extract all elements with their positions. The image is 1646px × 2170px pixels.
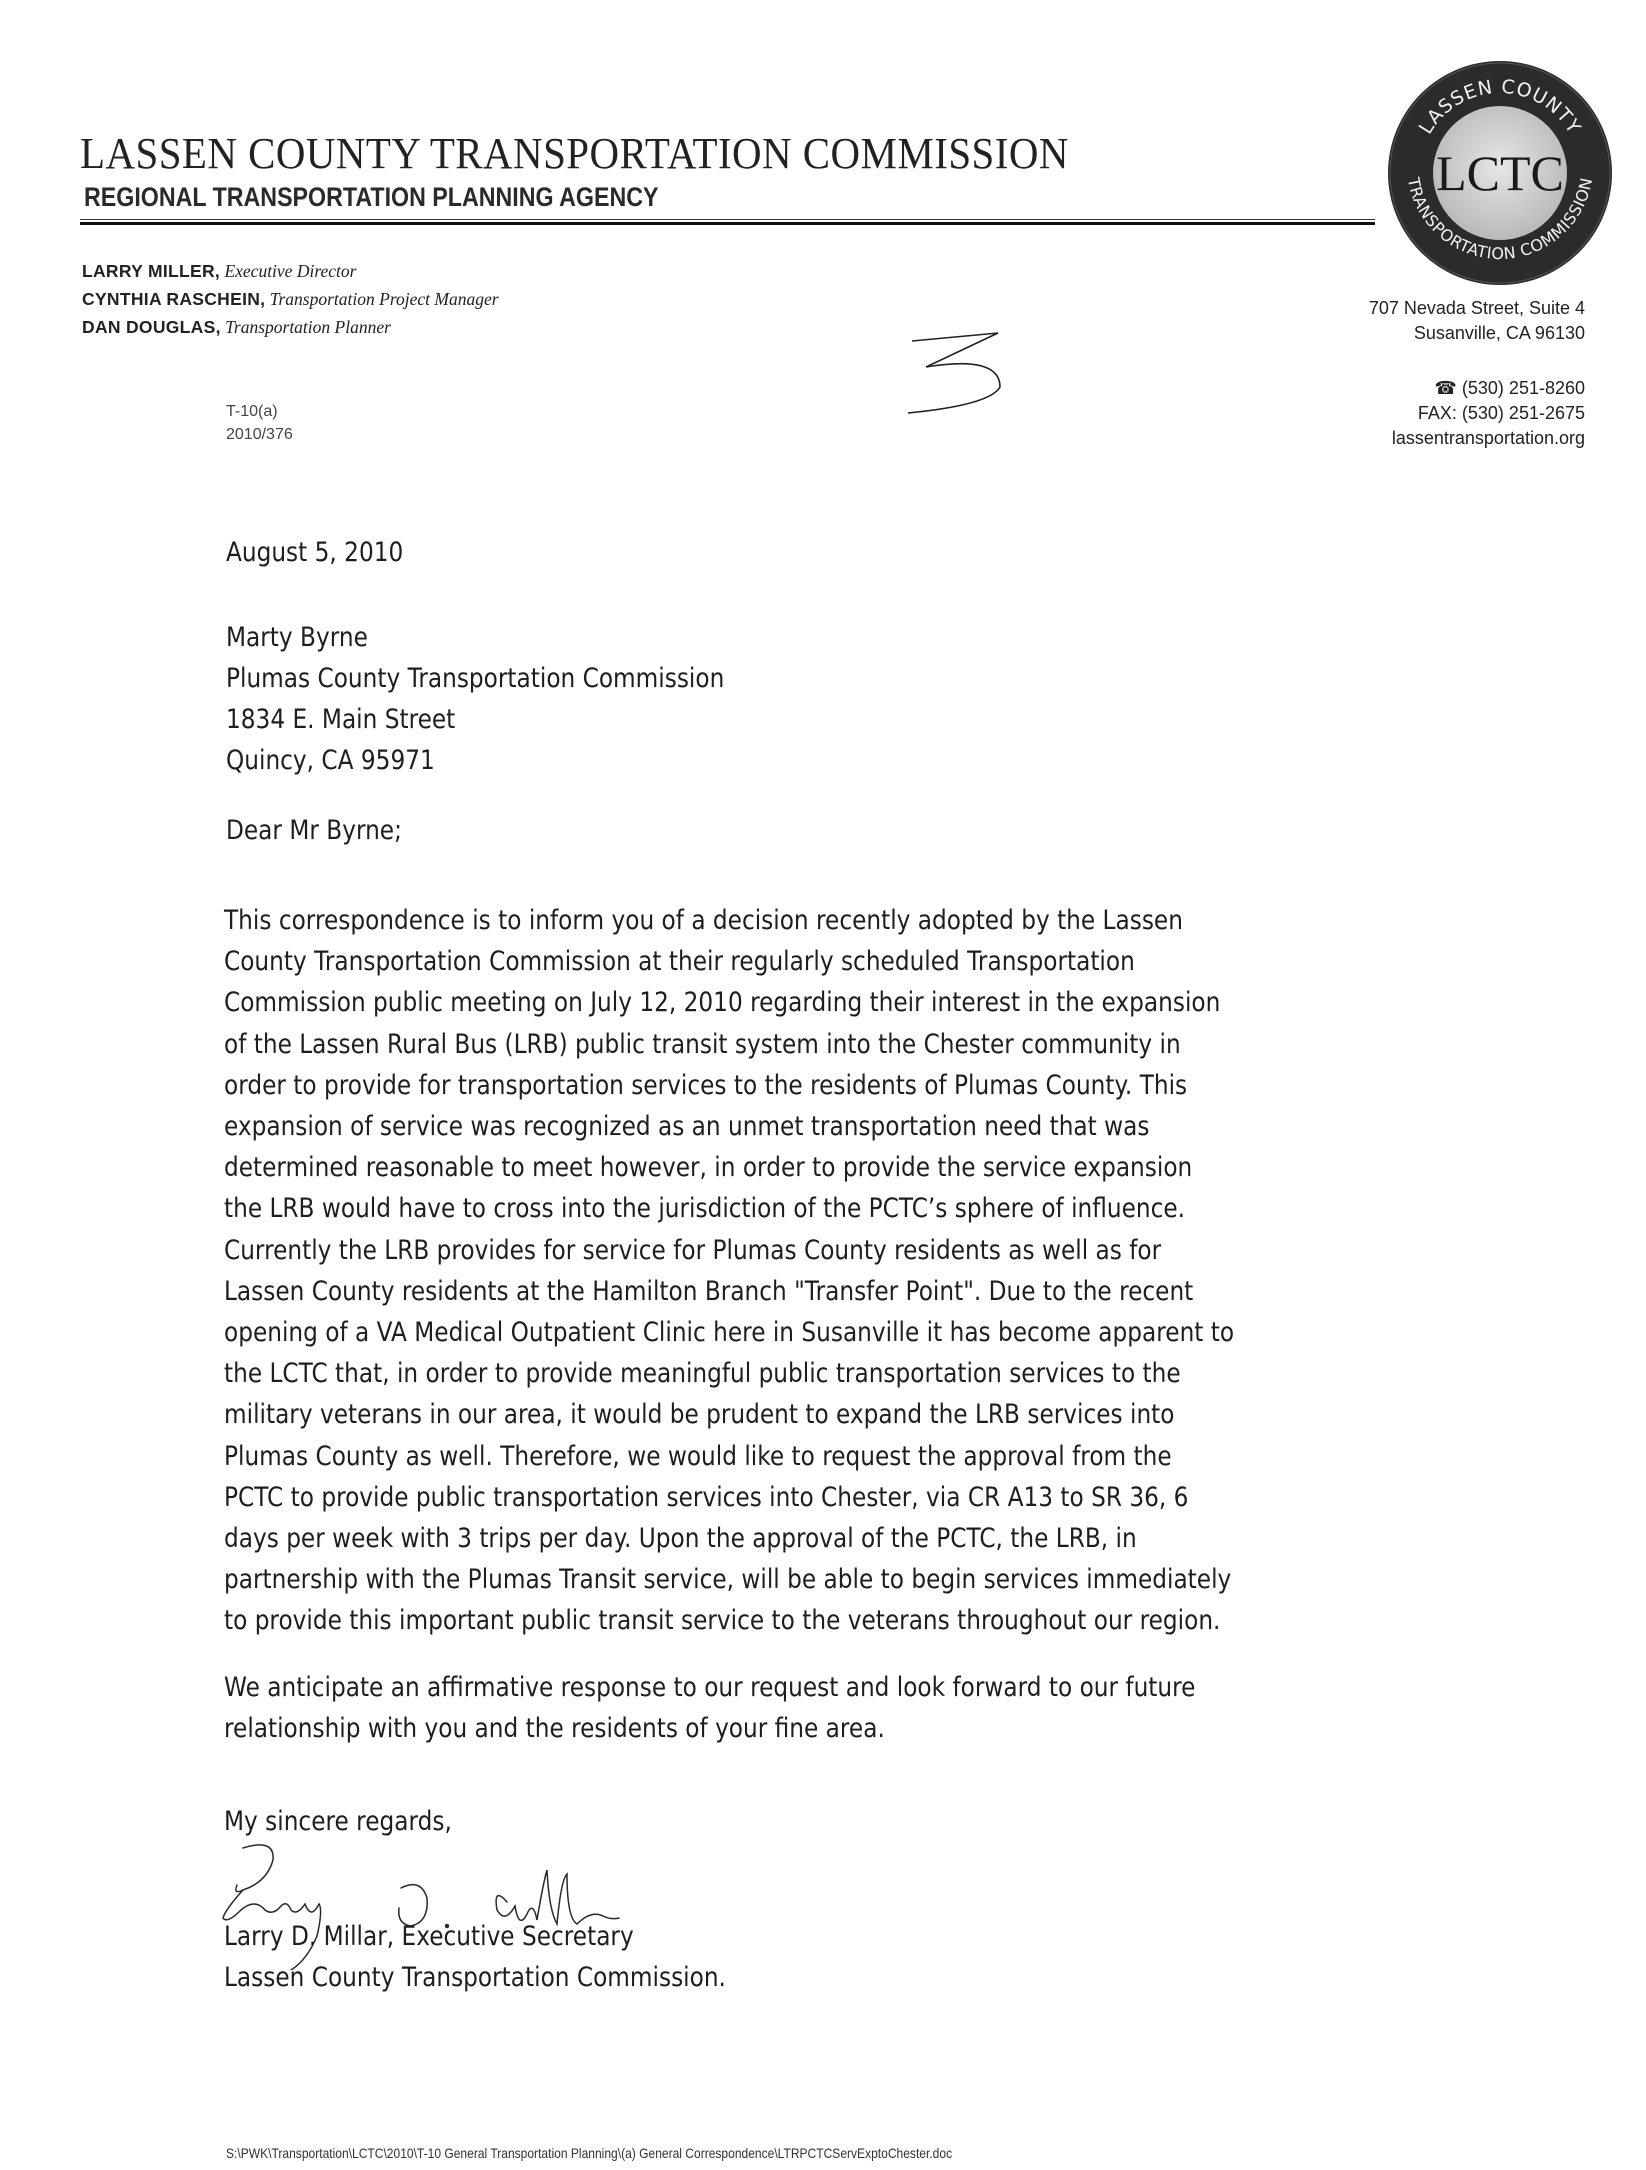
recipient-name: Marty Byrne bbox=[226, 617, 724, 658]
staff-list: LARRY MILLER, Executive Director CYNTHIA… bbox=[82, 257, 499, 341]
staff-role: Transportation Planner bbox=[225, 317, 391, 337]
logo-monogram: LCTC bbox=[1436, 145, 1564, 201]
greeting: Dear Mr Byrne; bbox=[226, 815, 402, 846]
staff-name: DAN DOUGLAS, bbox=[82, 317, 221, 337]
staff-role: Executive Director bbox=[224, 261, 356, 281]
closing-line: relationship with you and the residents … bbox=[224, 1708, 1195, 1749]
header-rule-thick bbox=[80, 222, 1375, 225]
body-line: the LCTC that, in order to provide meani… bbox=[224, 1353, 1471, 1394]
body-line: PCTC to provide public transportation se… bbox=[224, 1477, 1471, 1518]
file-ref-code: T-10(a) bbox=[226, 400, 293, 423]
body-line: Commission public meeting on July 12, 20… bbox=[224, 982, 1471, 1023]
website-link[interactable]: lassentransportation.org bbox=[1369, 426, 1585, 451]
header-rule-thin bbox=[80, 219, 1375, 220]
body-line: to provide this important public transit… bbox=[224, 1600, 1471, 1641]
recipient-block: Marty Byrne Plumas County Transportation… bbox=[226, 617, 724, 781]
signer-name-title: Larry D. Millar, Executive Secretary bbox=[224, 1916, 726, 1957]
phone-number: (530) 251-8260 bbox=[1462, 378, 1585, 398]
body-line: of the Lassen Rural Bus (LRB) public tra… bbox=[224, 1024, 1471, 1065]
body-line: Currently the LRB provides for service f… bbox=[224, 1230, 1471, 1271]
staff-role: Transportation Project Manager bbox=[270, 289, 499, 309]
body-line: order to provide for transportation serv… bbox=[224, 1065, 1471, 1106]
letter-date: August 5, 2010 bbox=[226, 537, 403, 568]
staff-item: DAN DOUGLAS, Transportation Planner bbox=[82, 313, 499, 341]
recipient-city: Quincy, CA 95971 bbox=[226, 740, 724, 781]
document-file-path: S:\PWK\Transportation\LCTC\2010\T-10 Gen… bbox=[226, 2145, 952, 2161]
contact-block: 707 Nevada Street, Suite 4 Susanville, C… bbox=[1369, 296, 1585, 451]
closing-paragraph: We anticipate an affirmative response to… bbox=[224, 1667, 1195, 1749]
organization-subtitle: REGIONAL TRANSPORTATION PLANNING AGENCY bbox=[84, 182, 658, 213]
body-line: Lassen County residents at the Hamilton … bbox=[224, 1271, 1471, 1312]
body-line: days per week with 3 trips per day. Upon… bbox=[224, 1518, 1471, 1559]
signoff: My sincere regards, bbox=[224, 1806, 452, 1837]
staff-name: CYNTHIA RASCHEIN, bbox=[82, 289, 265, 309]
body-line: opening of a VA Medical Outpatient Clini… bbox=[224, 1312, 1471, 1353]
telephone-icon: ☎ bbox=[1434, 378, 1456, 398]
body-line: partnership with the Plumas Transit serv… bbox=[224, 1559, 1471, 1600]
body-line: determined reasonable to meet however, i… bbox=[224, 1147, 1471, 1188]
body-line: County Transportation Commission at thei… bbox=[224, 941, 1471, 982]
body-line: Plumas County as well. Therefore, we wou… bbox=[224, 1436, 1471, 1477]
body-line: This correspondence is to inform you of … bbox=[224, 900, 1471, 941]
handwritten-number-mark bbox=[890, 325, 1050, 415]
signer-block: Larry D. Millar, Executive Secretary Las… bbox=[224, 1916, 726, 1998]
staff-item: LARRY MILLER, Executive Director bbox=[82, 257, 499, 285]
closing-line: We anticipate an affirmative response to… bbox=[224, 1667, 1195, 1708]
body-line: the LRB would have to cross into the jur… bbox=[224, 1188, 1471, 1229]
lctc-logo: LASSEN COUNTY TRANSPORTATION COMMISSION … bbox=[1385, 58, 1615, 288]
address-line-1: 707 Nevada Street, Suite 4 bbox=[1369, 296, 1585, 321]
staff-name: LARRY MILLER, bbox=[82, 261, 220, 281]
body-line: military veterans in our area, it would … bbox=[224, 1394, 1471, 1435]
recipient-organization: Plumas County Transportation Commission bbox=[226, 658, 724, 699]
body-line: expansion of service was recognized as a… bbox=[224, 1106, 1471, 1147]
file-references: T-10(a) 2010/376 bbox=[226, 400, 293, 446]
staff-item: CYNTHIA RASCHEIN, Transportation Project… bbox=[82, 285, 499, 313]
address-line-2: Susanville, CA 96130 bbox=[1369, 321, 1585, 346]
organization-name: LASSEN COUNTY TRANSPORTATION COMMISSION bbox=[80, 128, 1069, 179]
file-ref-number: 2010/376 bbox=[226, 423, 293, 446]
phone-line: ☎ (530) 251-8260 bbox=[1369, 376, 1585, 401]
signer-organization: Lassen County Transportation Commission. bbox=[224, 1957, 726, 1998]
fax-line: FAX: (530) 251-2675 bbox=[1369, 401, 1585, 426]
body-paragraph: This correspondence is to inform you of … bbox=[224, 900, 1471, 1642]
recipient-street: 1834 E. Main Street bbox=[226, 699, 724, 740]
